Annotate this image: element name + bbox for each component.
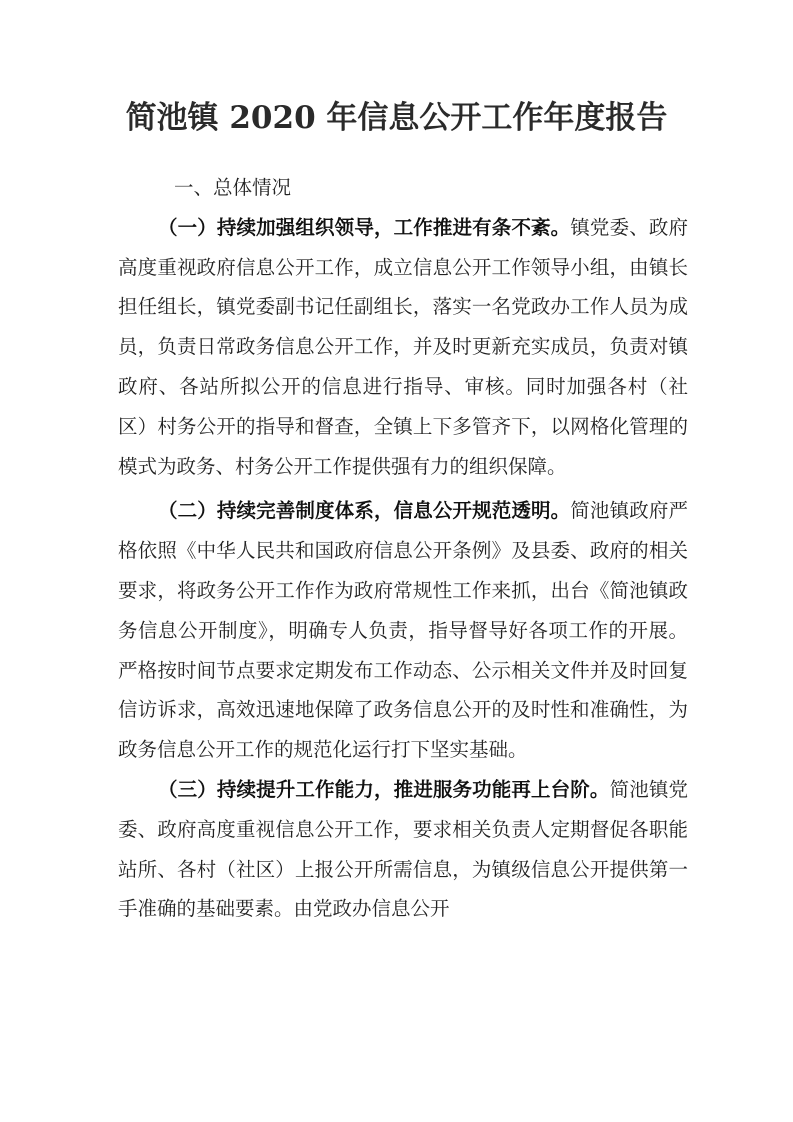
paragraph-lead: （二）持续完善制度体系，信息公开规范透明。: [158, 499, 570, 522]
paragraph-capability-improvement: （三）持续提升工作能力，推进服务功能再上台阶。简池镇党委、政府高度重视信息公开工…: [118, 770, 688, 929]
paragraph-text: 镇党委、政府高度重视政府信息公开工作，成立信息公开工作领导小组，由镇长担任组长，…: [118, 216, 688, 478]
section-heading-overview: 一、总体情况: [118, 168, 688, 208]
document-title: 简池镇 2020 年信息公开工作年度报告: [0, 98, 793, 138]
paragraph-organization-leadership: （一）持续加强组织领导，工作推进有条不紊。镇党委、政府高度重视政府信息公开工作，…: [118, 208, 688, 487]
paragraph-text: 简池镇政府严格依照《中华人民共和国政府信息公开条例》及县委、政府的相关要求，将政…: [118, 499, 688, 761]
paragraph-lead: （三）持续提升工作能力，推进服务功能再上台阶。: [158, 778, 610, 801]
paragraph-system-improvement: （二）持续完善制度体系，信息公开规范透明。简池镇政府严格依照《中华人民共和国政府…: [118, 491, 688, 770]
document-body: 一、总体情况 （一）持续加强组织领导，工作推进有条不紊。镇党委、政府高度重视政府…: [118, 168, 688, 929]
paragraph-lead: （一）持续加强组织领导，工作推进有条不紊。: [158, 216, 570, 239]
document-page: 简池镇 2020 年信息公开工作年度报告 一、总体情况 （一）持续加强组织领导，…: [0, 0, 793, 1122]
